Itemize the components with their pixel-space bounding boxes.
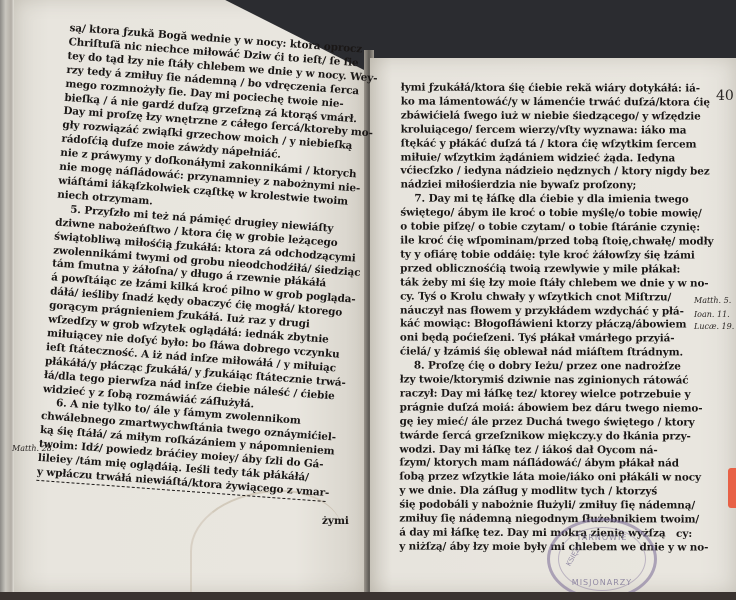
text-line: prágnie duſzá moiá: ábowiem bez dáru twe… [400, 401, 690, 416]
text-line: ile kroć ćię wſpominam/przed tobą ſtoię,… [400, 234, 690, 249]
text-line: kroluiącego/ ſercem wierzy/vſty wyznawa:… [401, 123, 691, 138]
text-line: ty y ofiárę tobie oddáię: tyle kroć żáło… [400, 248, 690, 263]
folio-number: 40 [716, 88, 734, 104]
text-line: zbáwićielá ſwego iuż w niebie śiedzącego… [401, 109, 691, 124]
text-line: y we dnie. Dla záſług y modlitw tych / k… [399, 485, 689, 500]
text-line: o tobie piſzę/ o tobie czytam/ o tobie ſ… [400, 221, 690, 236]
catchword-left: żymi [322, 515, 349, 527]
text-line: nádziei miłośierdzia nie bywaſz proſzony… [400, 179, 690, 194]
bookmark-tab [728, 468, 736, 508]
margin-note-matth-28: Matth. 28. [12, 444, 54, 453]
text-line: łzy twoie/ktorymiś dziwnie nas zginionyc… [400, 374, 690, 389]
text-line: oni będą poćieſzeni. Tyś płákał vmárłego… [400, 332, 690, 347]
catchword-right: cy: [676, 528, 692, 540]
section-heading-7: 7. Day mi tę łáſkę dla ćiebie y dla imie… [400, 193, 690, 208]
text-line: náuczył nas ſłowem y przykłádem wzdycháć… [400, 304, 690, 319]
stamp-bottom-text: MISJONARZY [550, 578, 654, 587]
table-surface [0, 592, 736, 600]
text-line: łymi ƒzukáłá/ktora śię ćiebie rekă wiáry… [401, 81, 691, 96]
text-line: zmiłuy ſię nádemną niegodnym ſłużebnikie… [399, 513, 689, 528]
text-line: ſobą przez wſzytkie láta moie/iáko oni p… [399, 471, 689, 486]
text-line: wodzi. Day mi łáſkę tez / iákoś dał Oyco… [400, 443, 690, 458]
text-line: ćielá/ y łzámiś śię oblewał nád miáſtem … [400, 346, 690, 361]
text-line: ſtękáć y płákáć duſzá tá / ktora ćię wſz… [401, 137, 691, 152]
book-scene: są/ ktora ƒzukă Bogă wednie y w nocy: kt… [0, 0, 736, 600]
book-edge [0, 0, 14, 592]
margin-note-ioan-11: Ioan. 11. [694, 310, 730, 319]
text-line: cy. Tyś o Krolu chwały y wſzytkich cnot … [400, 290, 690, 305]
text-line: ták żeby mi śię łzy moie ſtáły chlebem w… [400, 276, 690, 291]
margin-note-matth-5: Matth. 5. [694, 296, 731, 305]
text-line: miłuie/ wſzytkim żądániem widzieć żąda. … [401, 151, 691, 166]
library-stamp: TARNOWIE KSIĘŻY MISJONARZY [547, 518, 657, 600]
text-line: przed oblicznośćią twoią rzewlywie y mil… [400, 262, 690, 277]
text-line: ſzym/ ktorych mam náſládowáć/ ábym płáka… [399, 457, 689, 472]
stamp-top-text: TARNOWIE [550, 533, 654, 542]
text-line: śię podobáli y nabożnie ſłużyli/ zmiłuy … [399, 499, 689, 514]
text-line: świętego/ ábym ile kroć o tobie myślę/o … [400, 207, 690, 222]
margin-note-lucae-19: Lucæ. 19. [694, 322, 734, 331]
text-line: káć mowiąc: Błogoſłáwieni ktorzy płáczą/… [400, 318, 690, 333]
text-line: gę iey mieć/ ále przez Duchá twego święt… [400, 415, 690, 430]
text-line: raczył: Day mi łáſkę tez/ ktorey wielce … [400, 387, 690, 402]
text-line: twárde ſercá grzeſznikow miękczy.y do łk… [400, 429, 690, 444]
left-page-text: są/ ktora ƒzukă Bogă wednie y w nocy: kt… [36, 22, 359, 502]
text-line: ko ma lámentowáć/y w lámenćie trwáć duſz… [401, 95, 691, 110]
section-heading-8: 8. Proſzę ćię o dobry Ieżu/ przez one na… [400, 360, 690, 375]
right-page-text: łymi ƒzukáłá/ktora śię ćiebie rekă wiáry… [399, 81, 691, 555]
text-line: vćiecſzko / iedyna nádzieio nędznych / k… [400, 165, 690, 180]
